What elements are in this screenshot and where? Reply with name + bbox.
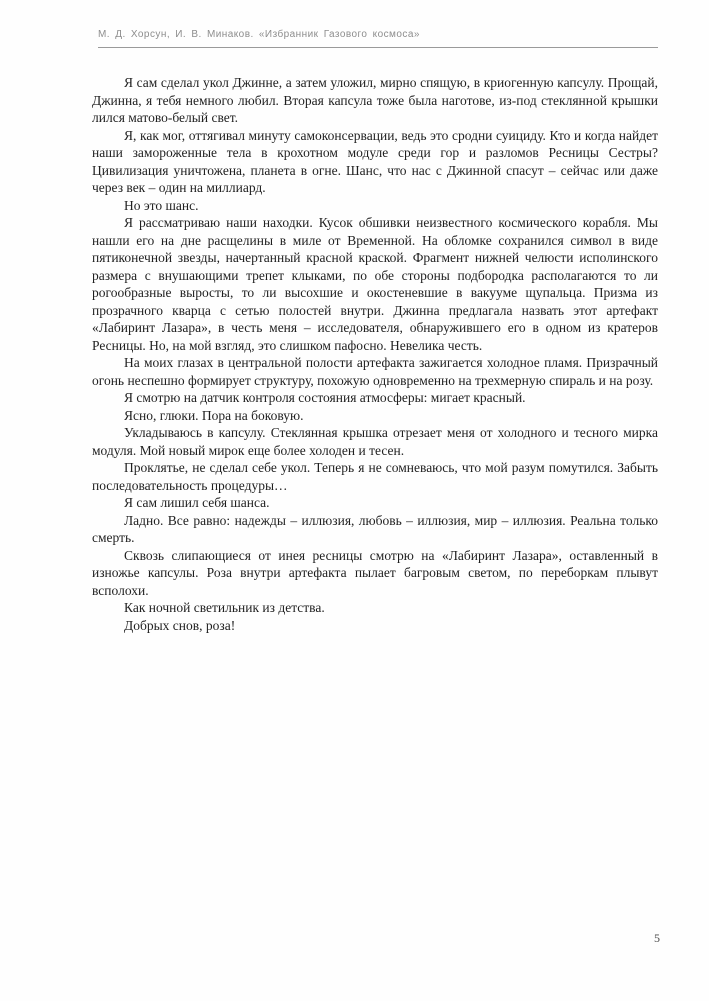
paragraph: Я рассматриваю наши находки. Кусок обшив…	[92, 214, 658, 354]
text-content: Я сам сделал укол Джинне, а затем уложил…	[92, 74, 658, 634]
book-page: М. Д. Хорсун, И. В. Минаков. «Избранник …	[0, 0, 709, 1001]
paragraph: Как ночной светильник из детства.	[92, 599, 658, 617]
paragraph: Я смотрю на датчик контроля состояния ат…	[92, 389, 658, 407]
paragraph: Я сам лишил себя шанса.	[92, 494, 658, 512]
paragraph: Сквозь слипающиеся от инея ресницы смотр…	[92, 547, 658, 600]
page-number: 5	[654, 931, 660, 946]
header-rule	[98, 47, 658, 48]
paragraph: Я сам сделал укол Джинне, а затем уложил…	[92, 74, 658, 127]
paragraph: Ладно. Все равно: надежды – иллюзия, люб…	[92, 512, 658, 547]
paragraph: Я, как мог, оттягивал минуту самоконсерв…	[92, 127, 658, 197]
paragraph: Но это шанс.	[92, 197, 658, 215]
paragraph: На моих глазах в центральной полости арт…	[92, 354, 658, 389]
paragraph: Укладываюсь в капсулу. Стеклянная крышка…	[92, 424, 658, 459]
running-header: М. Д. Хорсун, И. В. Минаков. «Избранник …	[98, 29, 659, 40]
paragraph: Ясно, глюки. Пора на боковую.	[92, 407, 658, 425]
paragraph: Добрых снов, роза!	[92, 617, 658, 635]
paragraph: Проклятье, не сделал себе укол. Теперь я…	[92, 459, 658, 494]
